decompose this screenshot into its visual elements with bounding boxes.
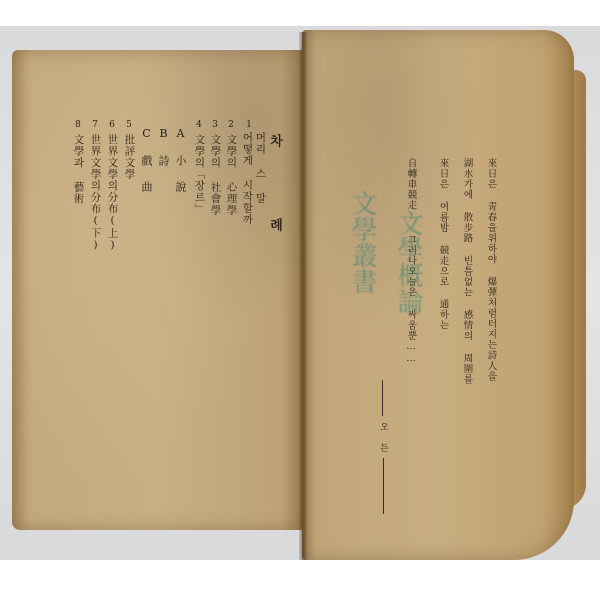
verse-line-1: 來日은 靑春을위하야 爆彈처럼터지는詩人을 bbox=[486, 158, 496, 382]
toc-item-how-to-begin: 어떻게 시작할까 bbox=[242, 132, 253, 226]
right-page: 來日은 靑春을위하야 爆彈처럼터지는詩人을 湖水가에 散步路 빈틈없는 感情의 … bbox=[302, 30, 574, 560]
toc-item-genre: 文學의「장르」 bbox=[194, 134, 205, 215]
rule-line bbox=[383, 458, 384, 514]
toc-num: 3 bbox=[210, 120, 219, 130]
toc-item-psychology: 文學의 心理學 bbox=[226, 134, 237, 216]
toc-num: 5 bbox=[124, 120, 133, 130]
verse-line-3: 來日은 여름밤 競走으로 通하는 bbox=[438, 158, 448, 331]
toc-num: 1 bbox=[244, 120, 253, 130]
toc-sub-c: C 戲 曲 bbox=[141, 127, 152, 193]
left-page: 차 례 1 머리 스 말 어떻게 시작할까 2 文學의 心理學 3 文學의 社會… bbox=[12, 50, 304, 530]
toc-item-preface: 머리 스 말 bbox=[255, 132, 266, 204]
toc-title: 차 례 bbox=[268, 134, 281, 259]
toc-item-world-lit-2: 世界文學의分布(下) bbox=[90, 134, 101, 252]
toc-sub-a: A 小 說 bbox=[175, 127, 186, 193]
verse-line-2: 湖水가에 散步路 빈틈없는 感情의 周圍를 bbox=[462, 158, 472, 385]
toc-item-world-lit-1: 世界文學의分布(上) bbox=[107, 134, 118, 252]
book-spine bbox=[299, 32, 307, 560]
toc-num: 2 bbox=[226, 120, 235, 130]
toc-num: 8 bbox=[73, 120, 82, 130]
toc-sub-b: B 詩 bbox=[158, 127, 169, 167]
toc-num: 4 bbox=[194, 120, 203, 130]
toc-item-sociology: 文學의 社會學 bbox=[210, 134, 221, 216]
toc-num: 6 bbox=[107, 120, 116, 130]
toc-item-criticism: 批評文學 bbox=[124, 134, 135, 180]
toc-item-art: 文學과 藝術 bbox=[73, 134, 84, 205]
toc-num: 7 bbox=[90, 120, 99, 130]
ink-stamp-mark: 文學叢書 bbox=[344, 190, 381, 294]
ink-stamp-mark: 文學概論 bbox=[390, 210, 427, 314]
attribution: 오 든 bbox=[378, 422, 387, 453]
rule-line bbox=[382, 380, 383, 416]
